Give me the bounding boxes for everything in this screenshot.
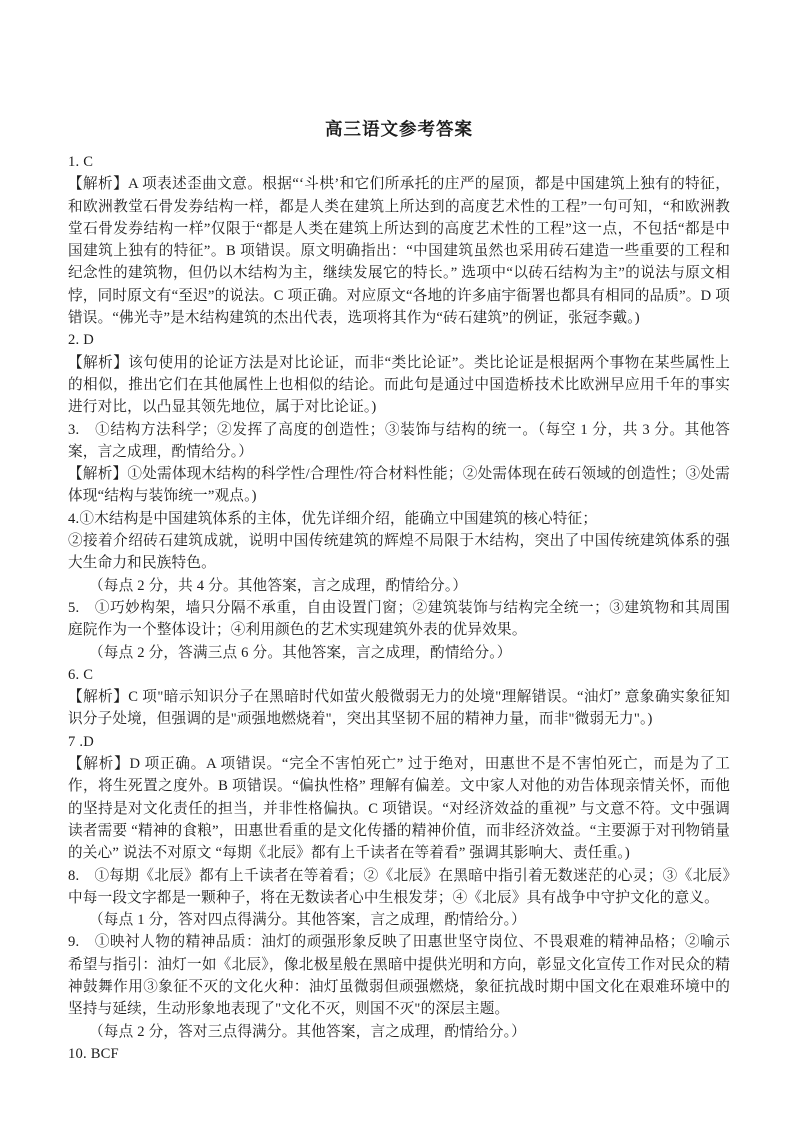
analysis-2: 【解析】该句使用的论证方法是对比论证，而非“类比论证”。类比论证是根据两个事物在… (68, 352, 730, 419)
analysis-6: 【解析】C 项"暗示知识分子在黑暗时代如萤火般微弱无力的处境"理解错误。“油灯”… (68, 686, 730, 731)
score-note-5: （每点 2 分，答满三点 6 分。其他答案，言之成理，酌情给分。） (68, 642, 730, 664)
answer-7: 7 .D (68, 731, 730, 753)
answer-8: 8. ①每期《北辰》都有上千读者在等着看；②《北辰》在黑暗中指引着无数迷茫的心灵… (68, 865, 730, 910)
answer-10: 10. BCF (68, 1043, 730, 1065)
analysis-7: 【解析】D 项正确。A 项错误。“完全不害怕死亡” 过于绝对，田惠世不是不害怕死… (68, 753, 730, 864)
answer-6: 6. C (68, 664, 730, 686)
score-note-8: （每点 1 分，答对四点得满分。其他答案，言之成理，酌情给分。） (68, 909, 730, 931)
analysis-3: 【解析】①处需体现木结构的科学性/合理性/符合材料性能；②处需体现在砖石领域的创… (68, 463, 730, 508)
score-note-4: （每点 2 分，共 4 分。其他答案，言之成理，酌情给分。） (68, 575, 730, 597)
answer-1: 1. C (68, 151, 730, 173)
answer-5: 5. ①巧妙构架，墙只分隔不承重，自由设置门窗；②建筑装饰与结构完全统一；③建筑… (68, 597, 730, 642)
analysis-1: 【解析】A 项表述歪曲文意。根据“‘斗栱’和它们所承托的庄严的屋顶，都是中国建筑… (68, 173, 730, 329)
answer-4-point-2: ②接着介绍砖石建筑成就，说明中国传统建筑的辉煌不局限于木结构，突出了中国传统建筑… (68, 530, 730, 575)
answer-4-point-1: 4.①木结构是中国建筑体系的主体，优先详细介绍，能确立中国建筑的核心特征； (68, 508, 730, 530)
answer-sheet-page: 高三语文参考答案 1. C 【解析】A 项表述歪曲文意。根据“‘斗栱’和它们所承… (0, 0, 793, 1122)
answer-2: 2. D (68, 329, 730, 351)
answer-3: 3. ①结构方法科学；②发挥了高度的创造性；③装饰与结构的统一。（每空 1 分，… (68, 419, 730, 464)
doc-title: 高三语文参考答案 (68, 116, 730, 141)
answer-9: 9. ①映衬人物的精神品质：油灯的顽强形象反映了田惠世坚守岗位、不畏艰难的精神品… (68, 931, 730, 1020)
score-note-9: （每点 2 分，答对三点得满分。其他答案，言之成理，酌情给分。） (68, 1021, 730, 1043)
